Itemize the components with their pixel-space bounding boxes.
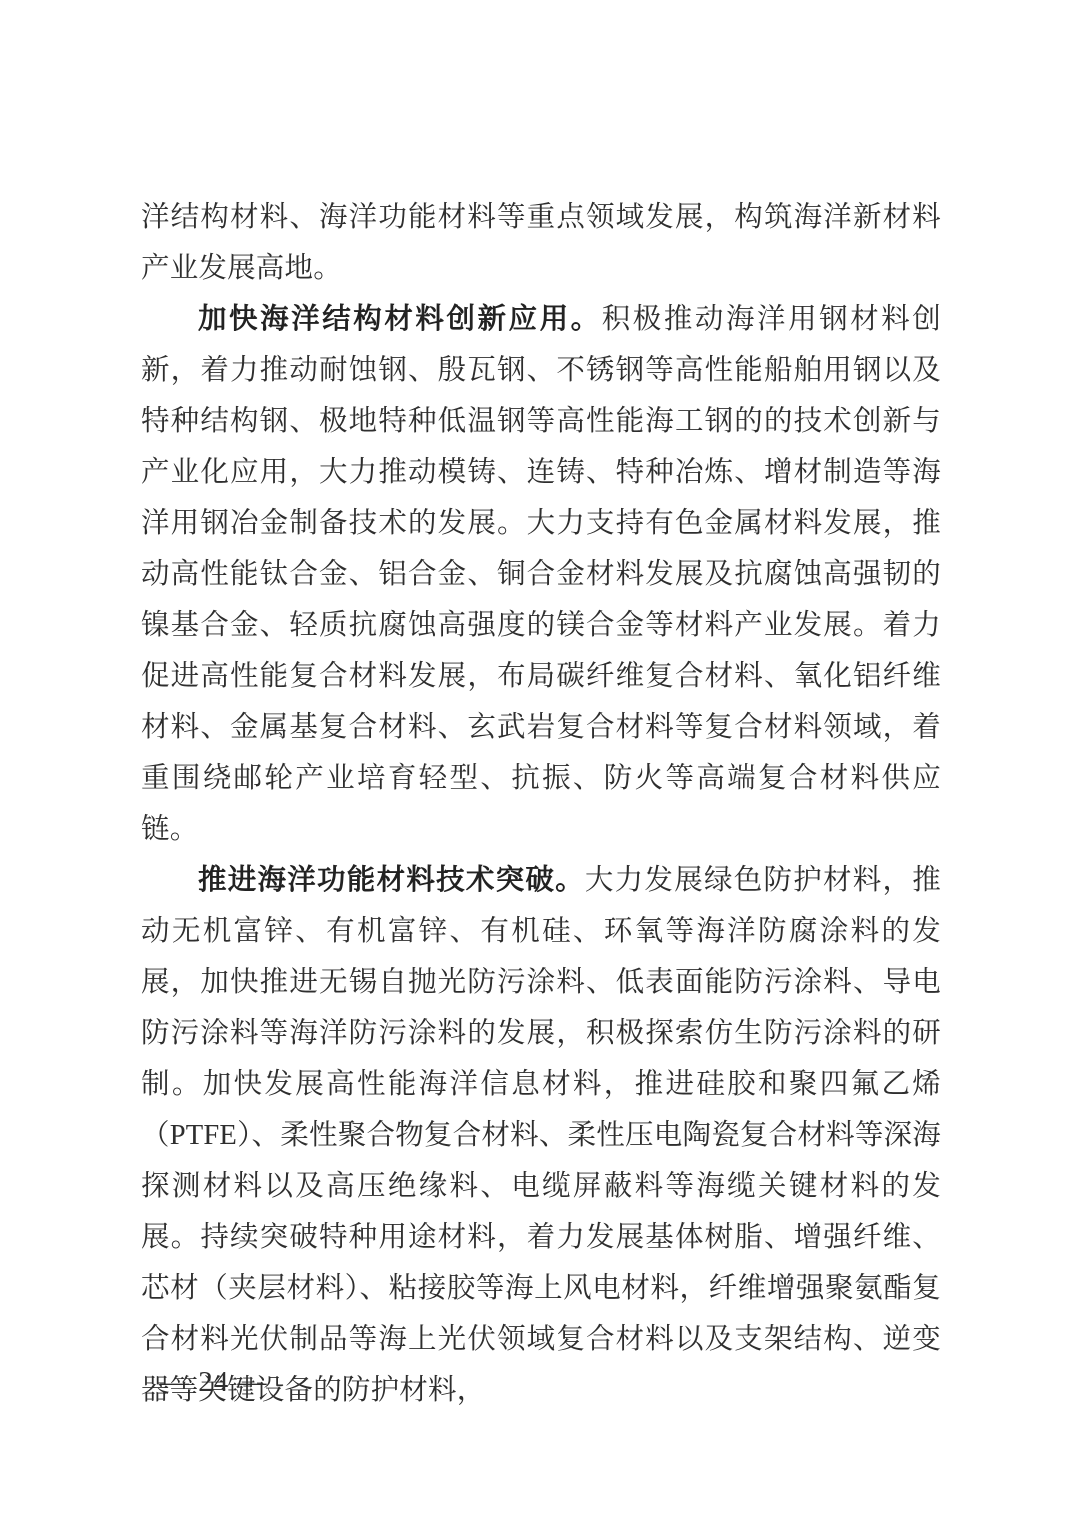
paragraph-heading: 加快海洋结构材料创新应用。 <box>198 304 602 335</box>
paragraph: 加快海洋结构材料创新应用。积极推动海洋用钢材料创新，着力推动耐蚀钢、殷瓦钢、不锈… <box>141 294 941 855</box>
paragraph: 推进海洋功能材料技术突破。大力发展绿色防护材料，推动无机富锌、有机富锌、有机硅、… <box>141 855 941 1416</box>
paragraph: 洋结构材料、海洋功能材料等重点领域发展，构筑海洋新材料产业发展高地。 <box>141 192 941 294</box>
paragraph-heading: 推进海洋功能材料技术突破。 <box>198 865 585 896</box>
document-body: 洋结构材料、海洋功能材料等重点领域发展，构筑海洋新材料产业发展高地。 加快海洋结… <box>141 192 941 1416</box>
paragraph-text: 积极推动海洋用钢材料创新，着力推动耐蚀钢、殷瓦钢、不锈钢等高性能船舶用钢以及特种… <box>141 304 941 845</box>
paragraph-text: 洋结构材料、海洋功能材料等重点领域发展，构筑海洋新材料产业发展高地。 <box>141 202 941 284</box>
paragraph-text: 大力发展绿色防护材料，推动无机富锌、有机富锌、有机硅、环氧等海洋防腐涂料的发展，… <box>141 865 941 1406</box>
document-page: 洋结构材料、海洋功能材料等重点领域发展，构筑海洋新材料产业发展高地。 加快海洋结… <box>0 0 1080 1528</box>
page-number: — 24 — <box>160 1362 268 1402</box>
